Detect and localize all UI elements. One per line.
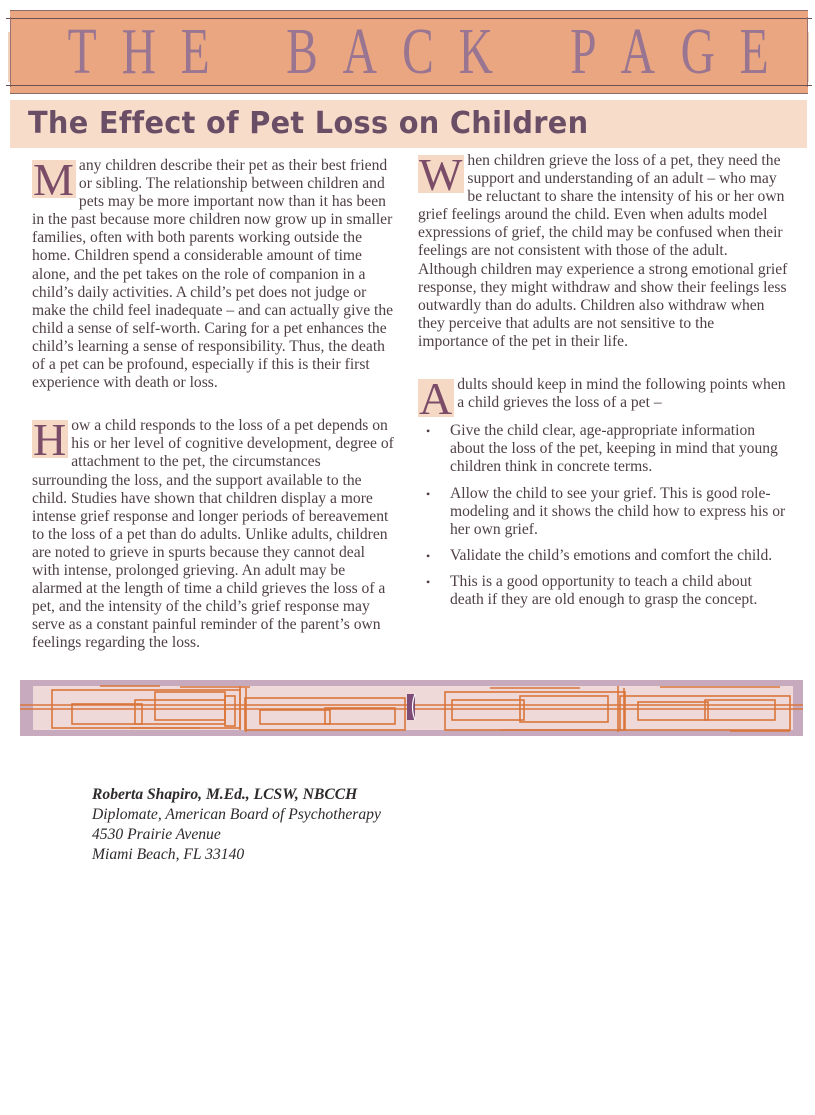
list-item-text: Validate the child’s emotions and comfor… (450, 547, 772, 564)
author-credential: Diplomate, American Board of Psychothera… (92, 805, 381, 825)
list-item: •Allow the child to see your grief. This… (418, 485, 788, 539)
paragraph-text: dults should keep in mind the following … (457, 376, 785, 411)
bullet-icon: • (426, 422, 430, 440)
bullet-icon: • (426, 573, 430, 591)
address-line: 4530 Prairie Avenue (92, 825, 381, 845)
list-item: •Validate the child’s emotions and comfo… (418, 547, 788, 565)
bullet-icon: • (426, 485, 430, 503)
masthead-letter: T (68, 19, 97, 85)
list-item: •Give the child clear, age-appropriate i… (418, 422, 788, 476)
paragraph: Adults should keep in mind the following… (418, 376, 788, 412)
drop-cap: A (418, 379, 454, 417)
masthead-letter: A (343, 19, 377, 85)
list-item: •This is a good opportunity to teach a c… (418, 573, 788, 609)
tips-list: •Give the child clear, age-appropriate i… (418, 422, 788, 609)
author-name: Roberta Shapiro, M.Ed., LCSW, NBCCH (92, 785, 381, 805)
drop-cap: W (418, 155, 464, 193)
address-line: Miami Beach, FL 33140 (92, 845, 381, 865)
paragraph-text: any children describe their pet as their… (32, 157, 393, 391)
paragraph: When children grieve the loss of a pet, … (418, 152, 788, 351)
masthead-letter: E (180, 19, 209, 85)
masthead-letter: E (739, 19, 768, 85)
subtitle-band: The Effect of Pet Loss on Children (10, 100, 807, 148)
masthead-letter: K (459, 19, 493, 85)
masthead-edge (10, 17, 11, 87)
decorative-pattern-icon (20, 680, 803, 736)
article-title: The Effect of Pet Loss on Children (28, 106, 588, 141)
paragraph-text: hen children grieve the loss of a pet, t… (418, 152, 787, 350)
paragraph: Many children describe their pet as thei… (32, 157, 394, 392)
bullet-icon: • (426, 547, 430, 565)
masthead-letter: C (402, 19, 434, 85)
masthead-letter: G (680, 19, 714, 85)
masthead: T H E B A C K P A G E (10, 10, 808, 94)
right-column: When children grieve the loss of a pet, … (418, 152, 788, 617)
list-item-text: Allow the child to see your grief. This … (450, 485, 785, 538)
masthead-letter: B (286, 19, 318, 85)
decorative-band (20, 680, 803, 736)
drop-cap: H (32, 420, 68, 458)
paragraph: How a child responds to the loss of a pe… (32, 417, 394, 652)
masthead-edge (807, 17, 808, 87)
author-signature: Roberta Shapiro, M.Ed., LCSW, NBCCH Dipl… (92, 785, 381, 865)
paragraph-text: ow a child responds to the loss of a pet… (32, 417, 394, 651)
left-column: Many children describe their pet as thei… (32, 157, 394, 677)
list-item-text: This is a good opportunity to teach a ch… (450, 573, 757, 608)
list-item-text: Give the child clear, age-appropriate in… (450, 422, 778, 475)
masthead-letter: P (570, 19, 596, 85)
masthead-letter: H (121, 19, 155, 85)
drop-cap: M (32, 160, 76, 198)
masthead-letter: A (620, 19, 654, 85)
